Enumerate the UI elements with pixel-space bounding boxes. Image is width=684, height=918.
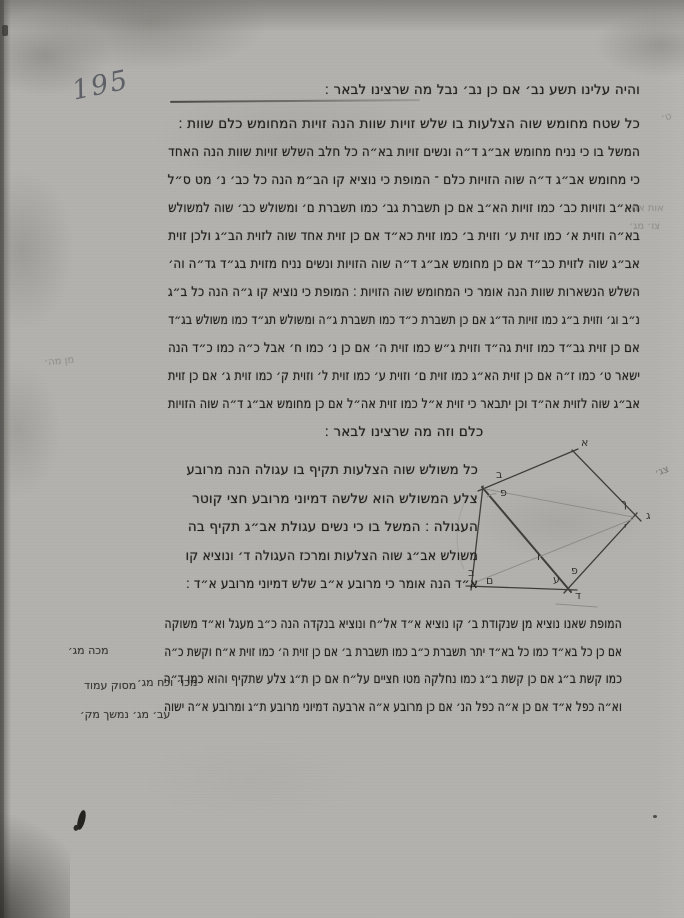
text-line: ישאר ט׳ כמו ז״ה אם כן זוית הא״ג כמו זוית…: [250, 370, 640, 384]
folio-number: 195: [69, 64, 132, 106]
tick-mark: [556, 604, 597, 607]
text-line: נ״ב וג׳ וזוית ב״ג כמו זויות הד״ג אם כן ת…: [266, 314, 640, 328]
text-line: וא״ה כפל א״ד אם כן א״ה כפל הנ׳ אם כן מרו…: [266, 701, 622, 715]
text-line: אם כן זוית גב״ד כמו זוית גה״ד וזוית ג״ש …: [234, 342, 640, 356]
diagram-label: פ: [500, 486, 507, 499]
diagram-label: ע: [553, 573, 560, 586]
text-line: צלע המשולש הוא שלשה דמיוני מרובע חצי קוט…: [186, 493, 478, 507]
diagram-label: ו: [537, 550, 540, 563]
margin-note-left-faint: מן מה׳: [44, 354, 75, 368]
margin-gloss-3: מסוק עמוד: [84, 679, 136, 692]
diagram-label: ב: [496, 468, 502, 481]
pentagon-edge: [572, 450, 641, 521]
manuscript-page: 195 והיה עלינו תשע נב׳ אם כן נב׳ נבל מה …: [0, 0, 684, 918]
filler-rule-line: [170, 99, 420, 103]
text-line: כי מחומש אב״ג ד״ה שוה הזויות כלם ־ המופת…: [212, 174, 640, 188]
diagram-label: ג: [646, 509, 651, 522]
diagram-label: ד: [575, 589, 581, 602]
text-line: משולש אב״ג שוה הצלעות ומרכז העגולה ד׳ ונ…: [208, 550, 478, 564]
text-line: המשל בו כי נניח מחומש אב״ג ד״ה ונשים זוי…: [220, 146, 640, 160]
text-line-top: והיה עלינו תשע נב׳ אם כן נב׳ נבל מה שרצי…: [340, 84, 640, 98]
ink-blot: [75, 809, 87, 830]
margin-gloss-1: מכה מג׳: [68, 644, 109, 657]
pentagon-diagonal-faint: [471, 519, 633, 584]
text-line: א״ד הנה אומר כי מרובע א״ב שלש דמיוני מרו…: [217, 578, 478, 592]
text-line: בא״ה וזוית א׳ כמו זוית ע׳ וזוית ב׳ כמו ז…: [223, 230, 640, 244]
diagram-label: י: [624, 520, 626, 533]
page-left-edge: [0, 0, 4, 918]
text-line: כלם וזה מה שרצינו לבאר ׃: [168, 426, 640, 440]
edge-mark: [2, 25, 8, 36]
text-line: העגולה ׃ המשל בו כי נשים עגולת אב״ג תקיף…: [186, 521, 478, 535]
pentagon-edge: [478, 449, 578, 491]
margin-note-right-top: ט׳: [660, 111, 673, 124]
pentagon-edge: [466, 586, 577, 590]
text-line: אב״ג שוה לזוית אה״ד וכן יתבאר כי זוית א״…: [250, 398, 640, 412]
text-line: השלש הנשארות שוות הנה אומר כי המחומש שוה…: [234, 286, 640, 300]
text-line: כל משולש שוה הצלעות תקיף בו עגולה הנה מר…: [195, 464, 478, 478]
text-line: אב״ג שוה לזוית כב״ד אם כן מחומש אב״ג ד״ה…: [226, 258, 640, 272]
text-line: כמו קשת ב״ג אם כן קשת ב״ג כמו נחלקה מטו …: [260, 673, 622, 687]
pentagon-diagonal-faint: [485, 489, 633, 517]
diagram-label: ך: [621, 497, 627, 510]
ink-speck: [653, 815, 657, 818]
text-line: הא״ב וזויות כב׳ כמו זויות הא״ב אם כן תשב…: [233, 202, 640, 216]
text-line: אם כן כל בא״ד כמו כל בא״ד יתר תשברת כ״ב …: [273, 646, 622, 660]
text-line: המופת שאנו נוציא מן שנקודת ב׳ קו נוציא א…: [256, 618, 622, 632]
diagram-label: ם: [486, 574, 493, 587]
margin-gloss-4: עב׳ מג׳ נמשך מק׳: [80, 708, 170, 721]
diagram-label: פ: [571, 564, 578, 577]
page-corner-shadow: [0, 778, 70, 918]
text-line: כל שטח מחומש שוה הצלעות בו שלש זויות שוו…: [168, 118, 640, 132]
